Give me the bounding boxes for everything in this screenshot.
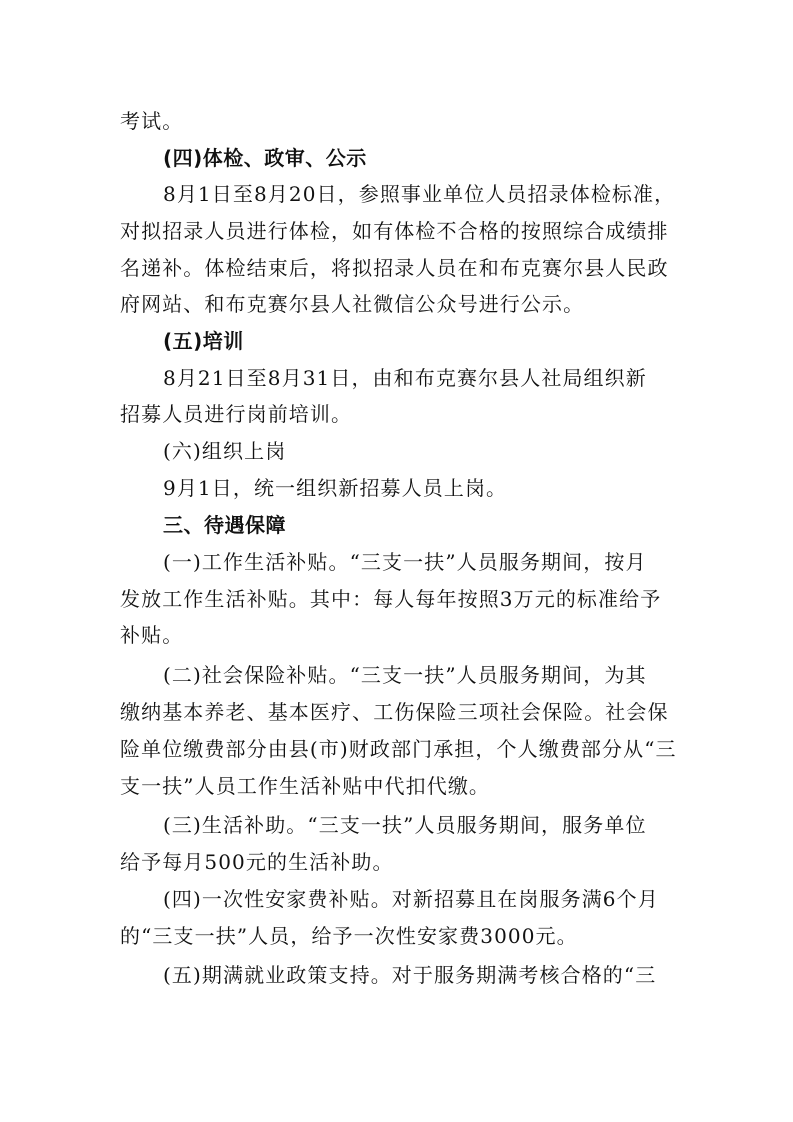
paragraph-line: 的“三支一扶”人员，给予一次性安家费3000元。 xyxy=(120,923,680,949)
section-heading-benefits: 三、待遇保障 xyxy=(163,512,678,538)
paragraph-line: 8月1日至8月20日，参照事业单位人员招录体检标准， xyxy=(163,181,678,207)
paragraph-line: 名递补。体检结束后，将拟招录人员在和布克赛尔县人民政 xyxy=(120,255,680,281)
paragraph-line: (五)期满就业政策支持。对于服务期满考核合格的“三 xyxy=(163,962,678,988)
paragraph-line: (一)工作生活补贴。“三支一扶”人员服务期间，按月 xyxy=(163,549,678,575)
paragraph-line: (三)生活补助。“三支一扶”人员服务期间，服务单位 xyxy=(163,812,678,838)
paragraph-line: 考试。 xyxy=(120,108,680,134)
paragraph-line: 府网站、和布克赛尔县人社微信公众号进行公示。 xyxy=(120,291,680,317)
paragraph-line: 招募人员进行岗前培训。 xyxy=(120,401,680,427)
paragraph-line: 8月21日至8月31日，由和布克赛尔县人社局组织新 xyxy=(163,365,678,391)
paragraph-line: 给予每月500元的生活补助。 xyxy=(120,849,680,875)
paragraph-line: 支一扶”人员工作生活补贴中代扣代缴。 xyxy=(120,773,680,799)
section-heading-onboarding: (六)组织上岗 xyxy=(163,438,678,464)
paragraph-line: (四)一次性安家费补贴。对新招募且在岗服务满6个月 xyxy=(163,886,678,912)
paragraph-line: 9月1日，统一组织新招募人员上岗。 xyxy=(163,475,678,501)
paragraph-line: 缴纳基本养老、基本医疗、工伤保险三项社会保险。社会保 xyxy=(120,699,680,725)
paragraph-line: 险单位缴费部分由县(市)财政部门承担，个人缴费部分从“三 xyxy=(120,736,680,762)
paragraph-line: 发放工作生活补贴。其中：每人每年按照3万元的标准给予 xyxy=(120,586,680,612)
paragraph-line: (二)社会保险补贴。“三支一扶”人员服务期间，为其 xyxy=(163,662,678,688)
section-heading-training: (五)培训 xyxy=(163,328,678,354)
paragraph-line: 补贴。 xyxy=(120,622,680,648)
section-heading-physical-exam: (四)体检、政审、公示 xyxy=(163,145,678,171)
paragraph-line: 对拟招录人员进行体检，如有体检不合格的按照综合成绩排 xyxy=(120,218,680,244)
document-page: 考试。 (四)体检、政审、公示 8月1日至8月20日，参照事业单位人员招录体检标… xyxy=(0,0,793,1122)
